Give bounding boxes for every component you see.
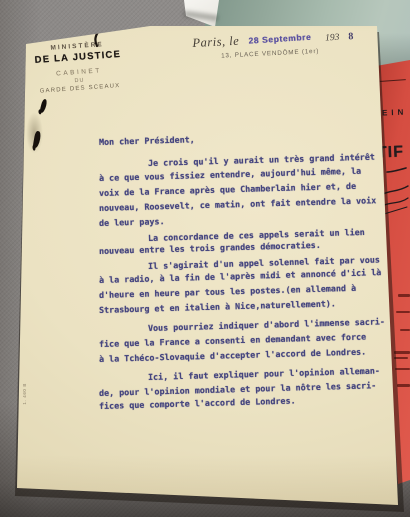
- typed-line: fice que la France a consenti en demanda…: [99, 332, 366, 349]
- typed-line: voix de la France après que Chamberlain …: [99, 181, 356, 198]
- printer-reference-mark: 1. 460 B: [22, 383, 27, 405]
- red-sheet-partial-word: EIN: [382, 108, 408, 118]
- red-sheet-ink-mark: [380, 79, 406, 88]
- typed-body: Mon cher Président,Je crois qu'il y aura…: [0, 0, 410, 517]
- typed-line: Mon cher Président,: [99, 134, 195, 147]
- red-sheet-text-fragment: [400, 329, 410, 331]
- typed-line: nouveau, Roosevelt, ce matin, ont fait e…: [99, 195, 376, 213]
- red-sheet-text-fragment: [398, 294, 410, 297]
- typed-line: Vous pourriez indiquer d'abord l'immense…: [148, 316, 385, 333]
- photo-of-letter: EIN TIF MINISTÈRE DE LA JUSTICE CABINET …: [0, 0, 410, 517]
- typed-line: Ici, il faut expliquer pour l'opinion al…: [148, 366, 380, 382]
- red-sheet-text-fragment: [394, 357, 408, 359]
- letter-paper: MINISTÈRE DE LA JUSTICE CABINET DU GARDE…: [0, 0, 410, 517]
- typed-line: de, pour l'opinion mondiale et pour la n…: [99, 380, 376, 398]
- typed-line: de leur pays.: [99, 216, 165, 228]
- typed-line: fices que comporte l'accord de Londres.: [99, 396, 296, 411]
- red-sheet-text-fragment: [396, 311, 410, 313]
- typed-line: à ce que vous fissiez entendre, aujourd'…: [99, 166, 361, 183]
- red-sheet-text-fragment: [397, 384, 410, 387]
- typed-line: nouveau entre les trois grandes démocrat…: [99, 240, 321, 256]
- typed-line: Strasbourg et en italien à Nice,naturell…: [99, 298, 336, 315]
- red-sheet-text-fragment: [394, 351, 410, 354]
- red-sheet-text-fragment: [395, 368, 410, 370]
- typed-line: d'heure en heure par tous les postes.(en…: [99, 283, 356, 300]
- typed-line: à la Tchéco-Slovaquie d'accepter l'accor…: [99, 347, 366, 364]
